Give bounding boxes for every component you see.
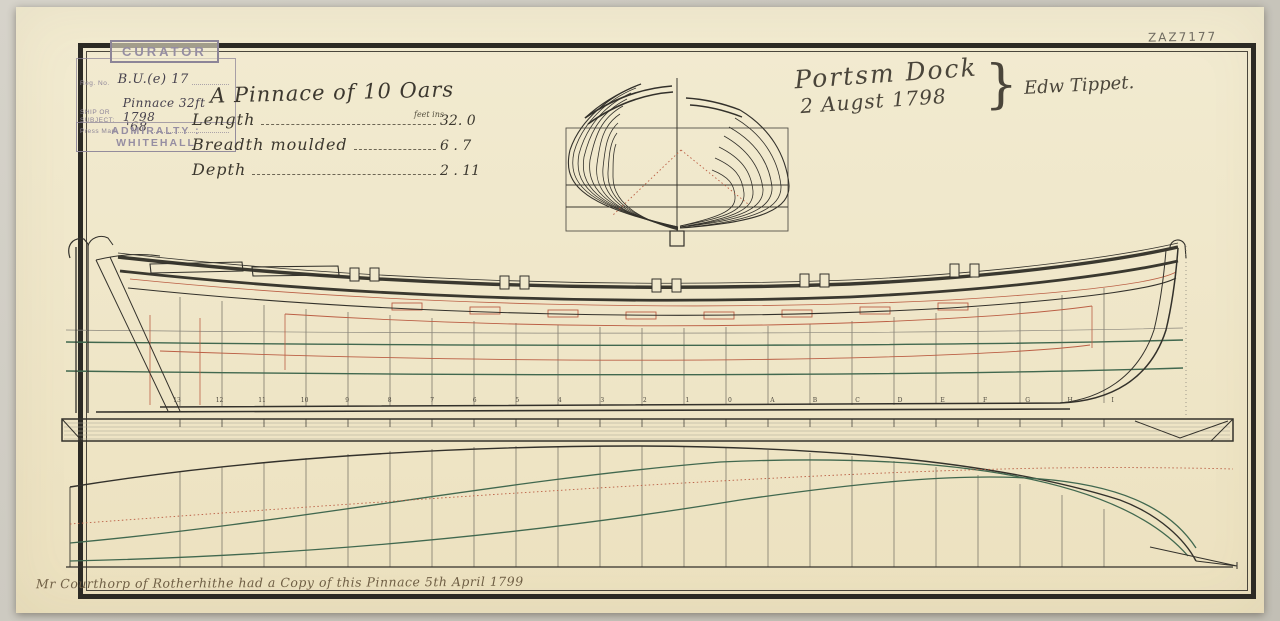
station-label: A <box>767 397 777 405</box>
station-label: 7 <box>427 397 437 405</box>
station-label: 11 <box>257 397 267 405</box>
breadth-label: Breadth moulded <box>192 135 348 154</box>
drawing-title: A Pinnace of 10 Oars <box>210 76 493 107</box>
station-label: 6 <box>470 397 480 405</box>
signature: Edw Tippet. <box>1023 72 1134 99</box>
title-block: A Pinnace of 10 Oars feet ins Length 32.… <box>192 80 492 179</box>
station-label: 9 <box>342 397 352 405</box>
reg-no-value: B.U.(e) 17 <box>118 72 189 87</box>
station-label: H <box>1065 397 1075 405</box>
provenance-note: Mr Courthorp of Rotherhithe had a Copy o… <box>36 574 524 592</box>
dotted-leader <box>261 124 436 125</box>
station-label: B <box>810 397 820 405</box>
brace-glyph: } <box>985 55 1018 115</box>
depth-label: Depth <box>192 160 246 179</box>
units-label: feet ins <box>414 110 444 119</box>
station-label: 0 <box>725 397 735 405</box>
reg-no-label: Reg. No. <box>80 80 110 87</box>
depth-value: 2 . 11 <box>440 163 492 179</box>
station-label: G <box>1023 397 1033 405</box>
station-label: 5 <box>512 397 522 405</box>
station-label: I <box>1108 397 1118 405</box>
dotted-leader <box>354 149 436 150</box>
station-label: 2 <box>640 397 650 405</box>
station-label: C <box>853 397 863 405</box>
station-label: 1 <box>682 397 692 405</box>
dockyard-note: Portsm Dock 2 Augst 1798 } Edw Tippet. <box>795 55 1134 115</box>
station-label: D <box>895 397 905 405</box>
station-label: 13 <box>172 397 182 405</box>
station-label: 8 <box>385 397 395 405</box>
station-label: 3 <box>597 397 607 405</box>
station-label: 10 <box>300 397 310 405</box>
station-label: 4 <box>555 397 565 405</box>
station-label: F <box>980 397 990 405</box>
station-labels-row: 131211109876543210ABCDEFGHI <box>172 397 1118 405</box>
catalog-number: ZAZ7177 <box>1148 29 1217 44</box>
station-label: 12 <box>215 397 225 405</box>
curator-stamp-title: CURATOR <box>110 40 219 63</box>
length-value: 32. 0 <box>440 113 492 129</box>
breadth-value: 6 . 7 <box>440 138 492 154</box>
station-label: E <box>938 397 948 405</box>
dotted-leader <box>252 174 436 175</box>
length-label: Length <box>192 110 255 129</box>
